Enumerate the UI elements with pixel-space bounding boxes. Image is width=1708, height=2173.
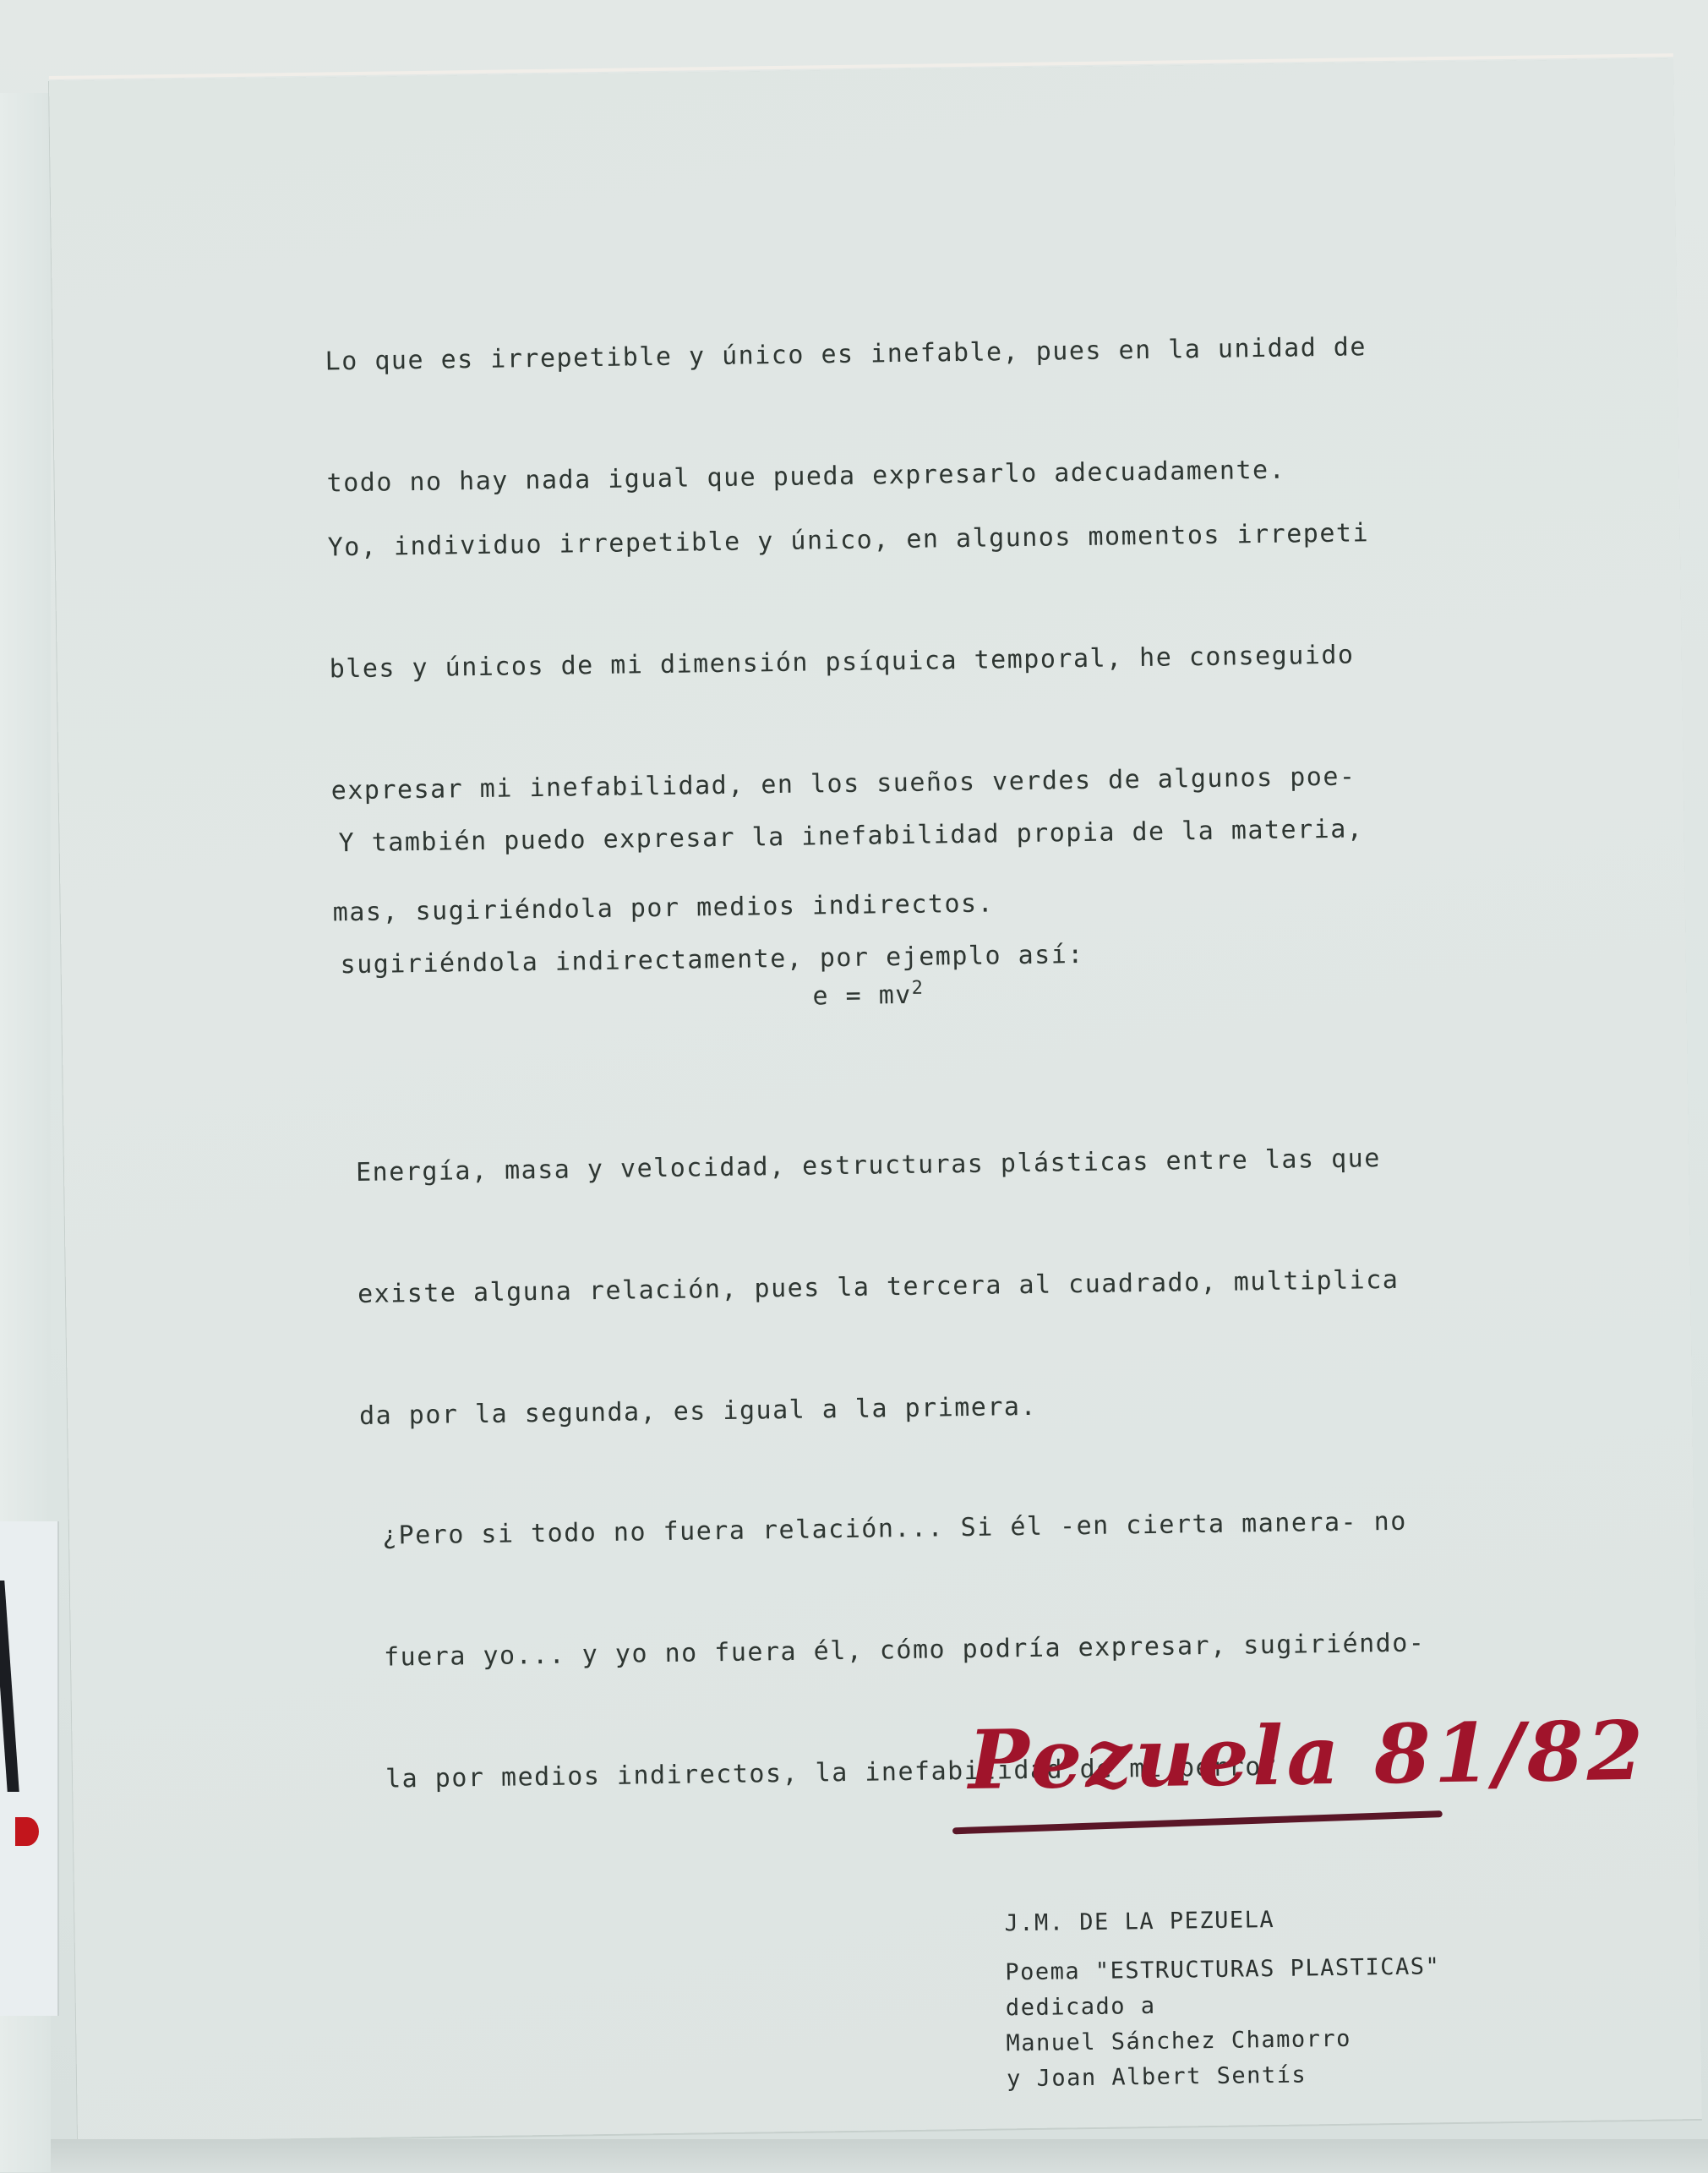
- text-line: Energía, masa y velocidad, estructuras p…: [356, 1127, 1398, 1204]
- credit-line: dedicado a: [1006, 1985, 1441, 2026]
- text-line: Lo que es irrepetible y único es inefabl…: [325, 316, 1367, 393]
- card-black-bar: [0, 1581, 19, 1792]
- credit-line: Poema "ESTRUCTURAS PLASTICAS": [1005, 1949, 1440, 1990]
- page-bottom-edge: [51, 2139, 1708, 2173]
- author-name: J.M. DE LA PEZUELA: [1004, 1900, 1439, 1941]
- credit-line: y Joan Albert Sentís: [1007, 2056, 1442, 2097]
- formula: e = mv2: [745, 948, 925, 1042]
- paragraph-5: ¿Pero si todo no fuera relación... Si él…: [381, 1431, 1428, 1870]
- text-line: fuera yo... y yo no fuera él, cómo podrí…: [384, 1612, 1426, 1689]
- text-line: existe alguna relación, pues la tercera …: [357, 1249, 1400, 1326]
- underlying-card: [0, 1521, 59, 2016]
- formula-base: e = mv: [812, 980, 912, 1012]
- handwritten-signature: Pezuela 81/82: [968, 1703, 1647, 1808]
- card-red-mark: [15, 1817, 39, 1846]
- text-line: ¿Pero si todo no fuera relación... Si él…: [382, 1490, 1424, 1567]
- text-line: Y también puedo expresar la inefabilidad…: [338, 798, 1364, 875]
- formula-exponent: 2: [912, 978, 925, 999]
- credits-block: J.M. DE LA PEZUELA Poema "ESTRUCTURAS PL…: [1004, 1900, 1442, 2097]
- typed-page: Lo que es irrepetible y único es inefabl…: [49, 58, 1702, 2142]
- text-line: Yo, individuo irrepetible y único, en al…: [327, 502, 1369, 579]
- text-line: bles y únicos de mi dimensión psíquica t…: [329, 624, 1371, 701]
- credit-line: Manuel Sánchez Chamorro: [1006, 2020, 1441, 2061]
